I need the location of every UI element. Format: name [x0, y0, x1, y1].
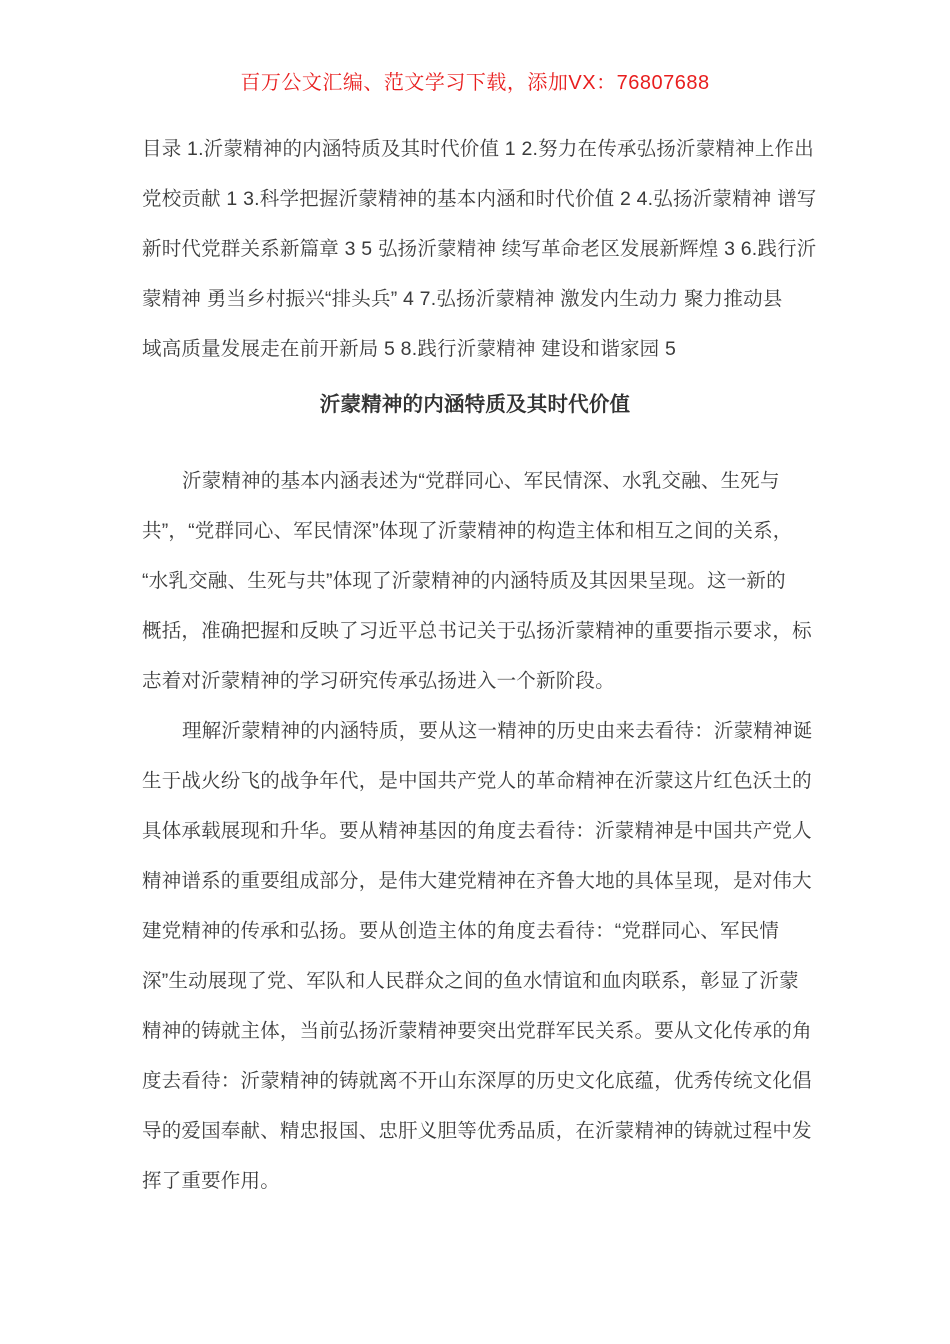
paragraph-line: 沂蒙精神的基本内涵表述为“党群同心、军民情深、水乳交融、生死与: [142, 456, 808, 506]
toc-line: 党校贡献 1 3.科学把握沂蒙精神的基本内涵和时代价值 2 4.弘扬沂蒙精神 谱…: [142, 174, 808, 224]
paragraph-line: 理解沂蒙精神的内涵特质，要从这一精神的历史由来去看待：沂蒙精神诞: [142, 706, 808, 756]
paragraph-line: 导的爱国奉献、精忠报国、忠肝义胆等优秀品质，在沂蒙精神的铸就过程中发: [142, 1106, 808, 1156]
paragraph-line: 挥了重要作用。: [142, 1156, 808, 1206]
paragraph: 沂蒙精神的基本内涵表述为“党群同心、军民情深、水乳交融、生死与共”，“党群同心、…: [142, 456, 808, 706]
document-page: 百万公文汇编、范文学习下载，添加VX：76807688 目录 1.沂蒙精神的内涵…: [0, 0, 950, 1344]
paragraph-line: 深”生动展现了党、军队和人民群众之间的鱼水情谊和血肉联系，彰显了沂蒙: [142, 956, 808, 1006]
toc-line: 新时代党群关系新篇章 3 5 弘扬沂蒙精神 续写革命老区发展新辉煌 3 6.践行…: [142, 224, 808, 274]
download-notice: 百万公文汇编、范文学习下载，添加VX：76807688: [0, 66, 950, 95]
paragraph-line: 建党精神的传承和弘扬。要从创造主体的角度去看待：“党群同心、军民情: [142, 906, 808, 956]
paragraph-line: 共”，“党群同心、军民情深”体现了沂蒙精神的构造主体和相互之间的关系，: [142, 506, 808, 556]
document-title: 沂蒙精神的内涵特质及其时代价值: [142, 380, 808, 430]
paragraph-line: 精神的铸就主体，当前弘扬沂蒙精神要突出党群军民关系。要从文化传承的角: [142, 1006, 808, 1056]
toc-line: 域高质量发展走在前开新局 5 8.践行沂蒙精神 建设和谐家园 5: [142, 324, 808, 374]
paragraph-line: 概括，准确把握和反映了习近平总书记关于弘扬沂蒙精神的重要指示要求，标: [142, 606, 808, 656]
toc-line: 蒙精神 勇当乡村振兴“排头兵” 4 7.弘扬沂蒙精神 激发内生动力 聚力推动县: [142, 274, 808, 324]
body-paragraphs: 沂蒙精神的基本内涵表述为“党群同心、军民情深、水乳交融、生死与共”，“党群同心、…: [142, 456, 808, 1206]
toc-line: 目录 1.沂蒙精神的内涵特质及其时代价值 1 2.努力在传承弘扬沂蒙精神上作出: [142, 124, 808, 174]
paragraph-line: 具体承载展现和升华。要从精神基因的角度去看待：沂蒙精神是中国共产党人: [142, 806, 808, 856]
paragraph: 理解沂蒙精神的内涵特质，要从这一精神的历史由来去看待：沂蒙精神诞生于战火纷飞的战…: [142, 706, 808, 1206]
paragraph-line: 志着对沂蒙精神的学习研究传承弘扬进入一个新阶段。: [142, 656, 808, 706]
paragraph-line: 精神谱系的重要组成部分，是伟大建党精神在齐鲁大地的具体呈现，是对伟大: [142, 856, 808, 906]
document-body: 目录 1.沂蒙精神的内涵特质及其时代价值 1 2.努力在传承弘扬沂蒙精神上作出 …: [142, 124, 808, 1206]
paragraph-line: 度去看待：沂蒙精神的铸就离不开山东深厚的历史文化底蕴，优秀传统文化倡: [142, 1056, 808, 1106]
paragraph-line: 生于战火纷飞的战争年代，是中国共产党人的革命精神在沂蒙这片红色沃土的: [142, 756, 808, 806]
paragraph-line: “水乳交融、生死与共”体现了沂蒙精神的内涵特质及其因果呈现。这一新的: [142, 556, 808, 606]
table-of-contents: 目录 1.沂蒙精神的内涵特质及其时代价值 1 2.努力在传承弘扬沂蒙精神上作出 …: [142, 124, 808, 374]
